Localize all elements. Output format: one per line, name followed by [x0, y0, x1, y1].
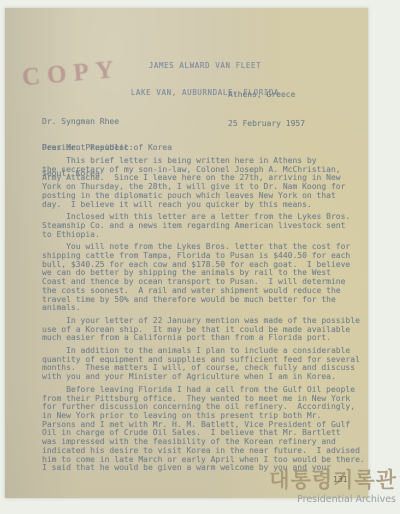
scanned-letter-page: JAMES ALWARD VAN FLEET LAKE VAN, AUBURND… — [0, 0, 400, 514]
dateline: Athens, Greece 25 February 1957 — [228, 71, 305, 147]
body-paragraph: You will note from the Lykes Bros. lette… — [42, 243, 372, 313]
letterhead-address: LAKE VAN, AUBURNDALE, FLORIDA — [40, 88, 370, 97]
body-paragraph: Inclosed with this letter are a letter f… — [42, 213, 372, 239]
letter-body: This brief letter is being written here … — [42, 157, 372, 477]
body-paragraph: In addition to the animals I plan to inc… — [42, 347, 372, 382]
salutation: Dear Mr. President: — [42, 143, 134, 152]
body-paragraph: In your letter of 22 January mention was… — [42, 317, 372, 343]
recipient-name: Dr. Syngman Rhee — [42, 118, 172, 127]
archives-watermark-english: Presidential Archives — [297, 494, 396, 505]
page-number: 131 — [333, 475, 347, 484]
body-paragraph: Before leaving Florida I had a call from… — [42, 386, 372, 473]
body-paragraph: This brief letter is being written here … — [42, 157, 372, 209]
dateline-place: Athens, Greece — [228, 90, 305, 100]
dateline-date: 25 February 1957 — [228, 119, 305, 129]
